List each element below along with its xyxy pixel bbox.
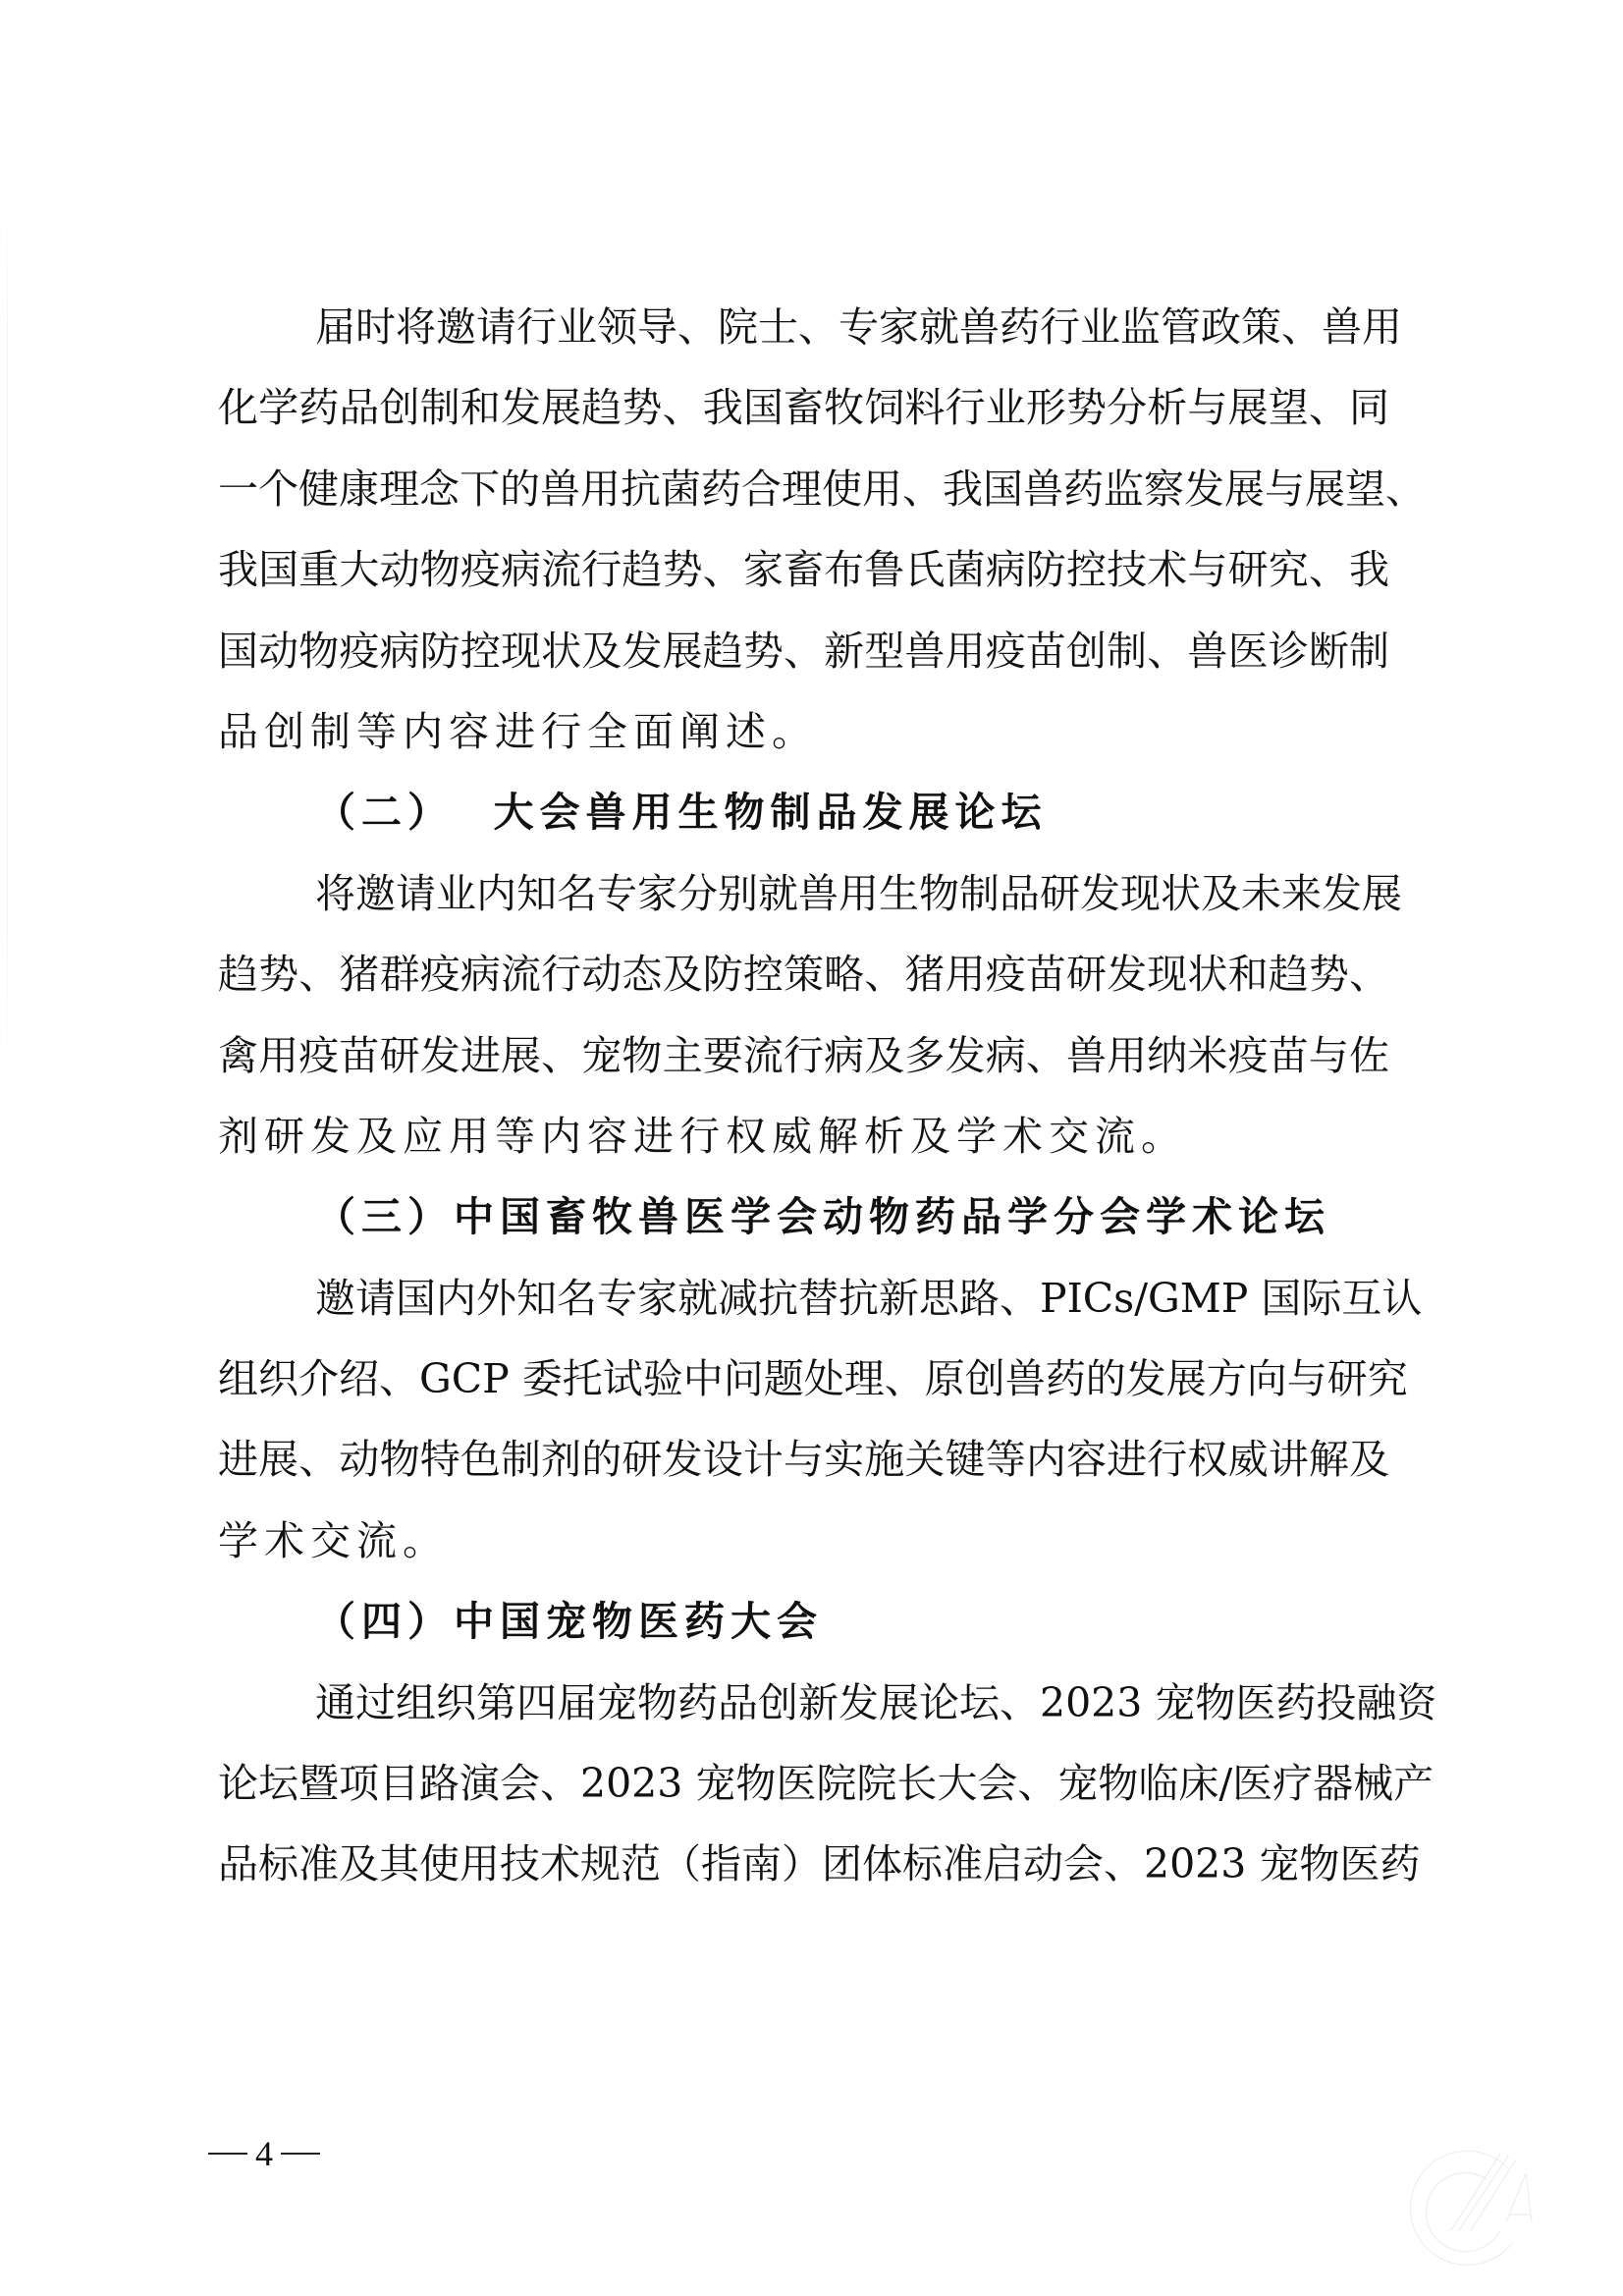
paragraph-1-line-6: 品创制等内容进行全面阐述。 [218, 702, 1389, 761]
paragraph-3-line-1: 邀请国内外知名专家就减抗替抗新思路、PICs/GMP 国际互认 [315, 1269, 1389, 1328]
paragraph-3-line-4: 学术交流。 [218, 1511, 1389, 1570]
paragraph-1-line-5: 国动物疫病防控现状及发展趋势、新型兽用疫苗创制、兽医诊断制 [218, 622, 1389, 681]
paragraph-2-line-4: 剂研发及应用等内容进行权威解析及学术交流。 [218, 1107, 1389, 1166]
paragraph-2-line-1: 将邀请业内知名专家分别就兽用生物制品研发现状及未来发展 [315, 864, 1389, 923]
section-heading-3: （三）中国畜牧兽医学会动物药品学分会学术论坛 [315, 1187, 1330, 1246]
paragraph-1-line-2: 化学药品创制和发展趋势、我国畜牧饲料行业形势分析与展望、同 [218, 378, 1389, 437]
paragraph-4-line-3: 品标准及其使用技术规范（指南）团体标准启动会、2023 宠物医药 [218, 1834, 1389, 1893]
paragraph-2-line-2: 趋势、猪群疫病流行动态及防控策略、猪用疫苗研发现状和趋势、 [218, 945, 1389, 1004]
scan-edge-artifact [7, 196, 8, 1080]
page-number-right-dash [281, 2153, 320, 2155]
section-heading-4: （四）中国宠物医药大会 [315, 1592, 823, 1651]
paragraph-1-line-4: 我国重大动物疫病流行趋势、家畜布鲁氏菌病防控技术与研究、我 [218, 540, 1389, 599]
paragraph-4-line-1: 通过组织第四届宠物药品创新发展论坛、2023 宠物医药投融资 [315, 1673, 1389, 1732]
paragraph-3-line-2: 组织介绍、GCP 委托试验中问题处理、原创兽药的发展方向与研究 [218, 1349, 1389, 1408]
page-number-left-dash [208, 2153, 247, 2155]
page-number-value: 4 [255, 2133, 273, 2174]
document-page: 届时将邀请行业领导、院士、专家就兽药行业监管政策、兽用 化学药品创制和发展趋势、… [0, 0, 1623, 2296]
paragraph-2-line-3: 禽用疫苗研发进展、宠物主要流行病及多发病、兽用纳米疫苗与佐 [218, 1026, 1389, 1085]
page-number: 4 [208, 2133, 320, 2174]
paragraph-1-line-3: 一个健康理念下的兽用抗菌药合理使用、我国兽药监察发展与展望、 [218, 460, 1389, 519]
section-heading-2: （二） 大会兽用生物制品发展论坛 [315, 783, 1048, 842]
paragraph-3-line-3: 进展、动物特色制剂的研发设计与实施关键等内容进行权威讲解及 [218, 1430, 1389, 1489]
publisher-logo-icon [1410, 2144, 1542, 2276]
paragraph-4-line-2: 论坛暨项目路演会、2023 宠物医院院长大会、宠物临床/医疗器械产 [218, 1754, 1389, 1813]
paragraph-1-line-1: 届时将邀请行业领导、院士、专家就兽药行业监管政策、兽用 [315, 298, 1389, 356]
